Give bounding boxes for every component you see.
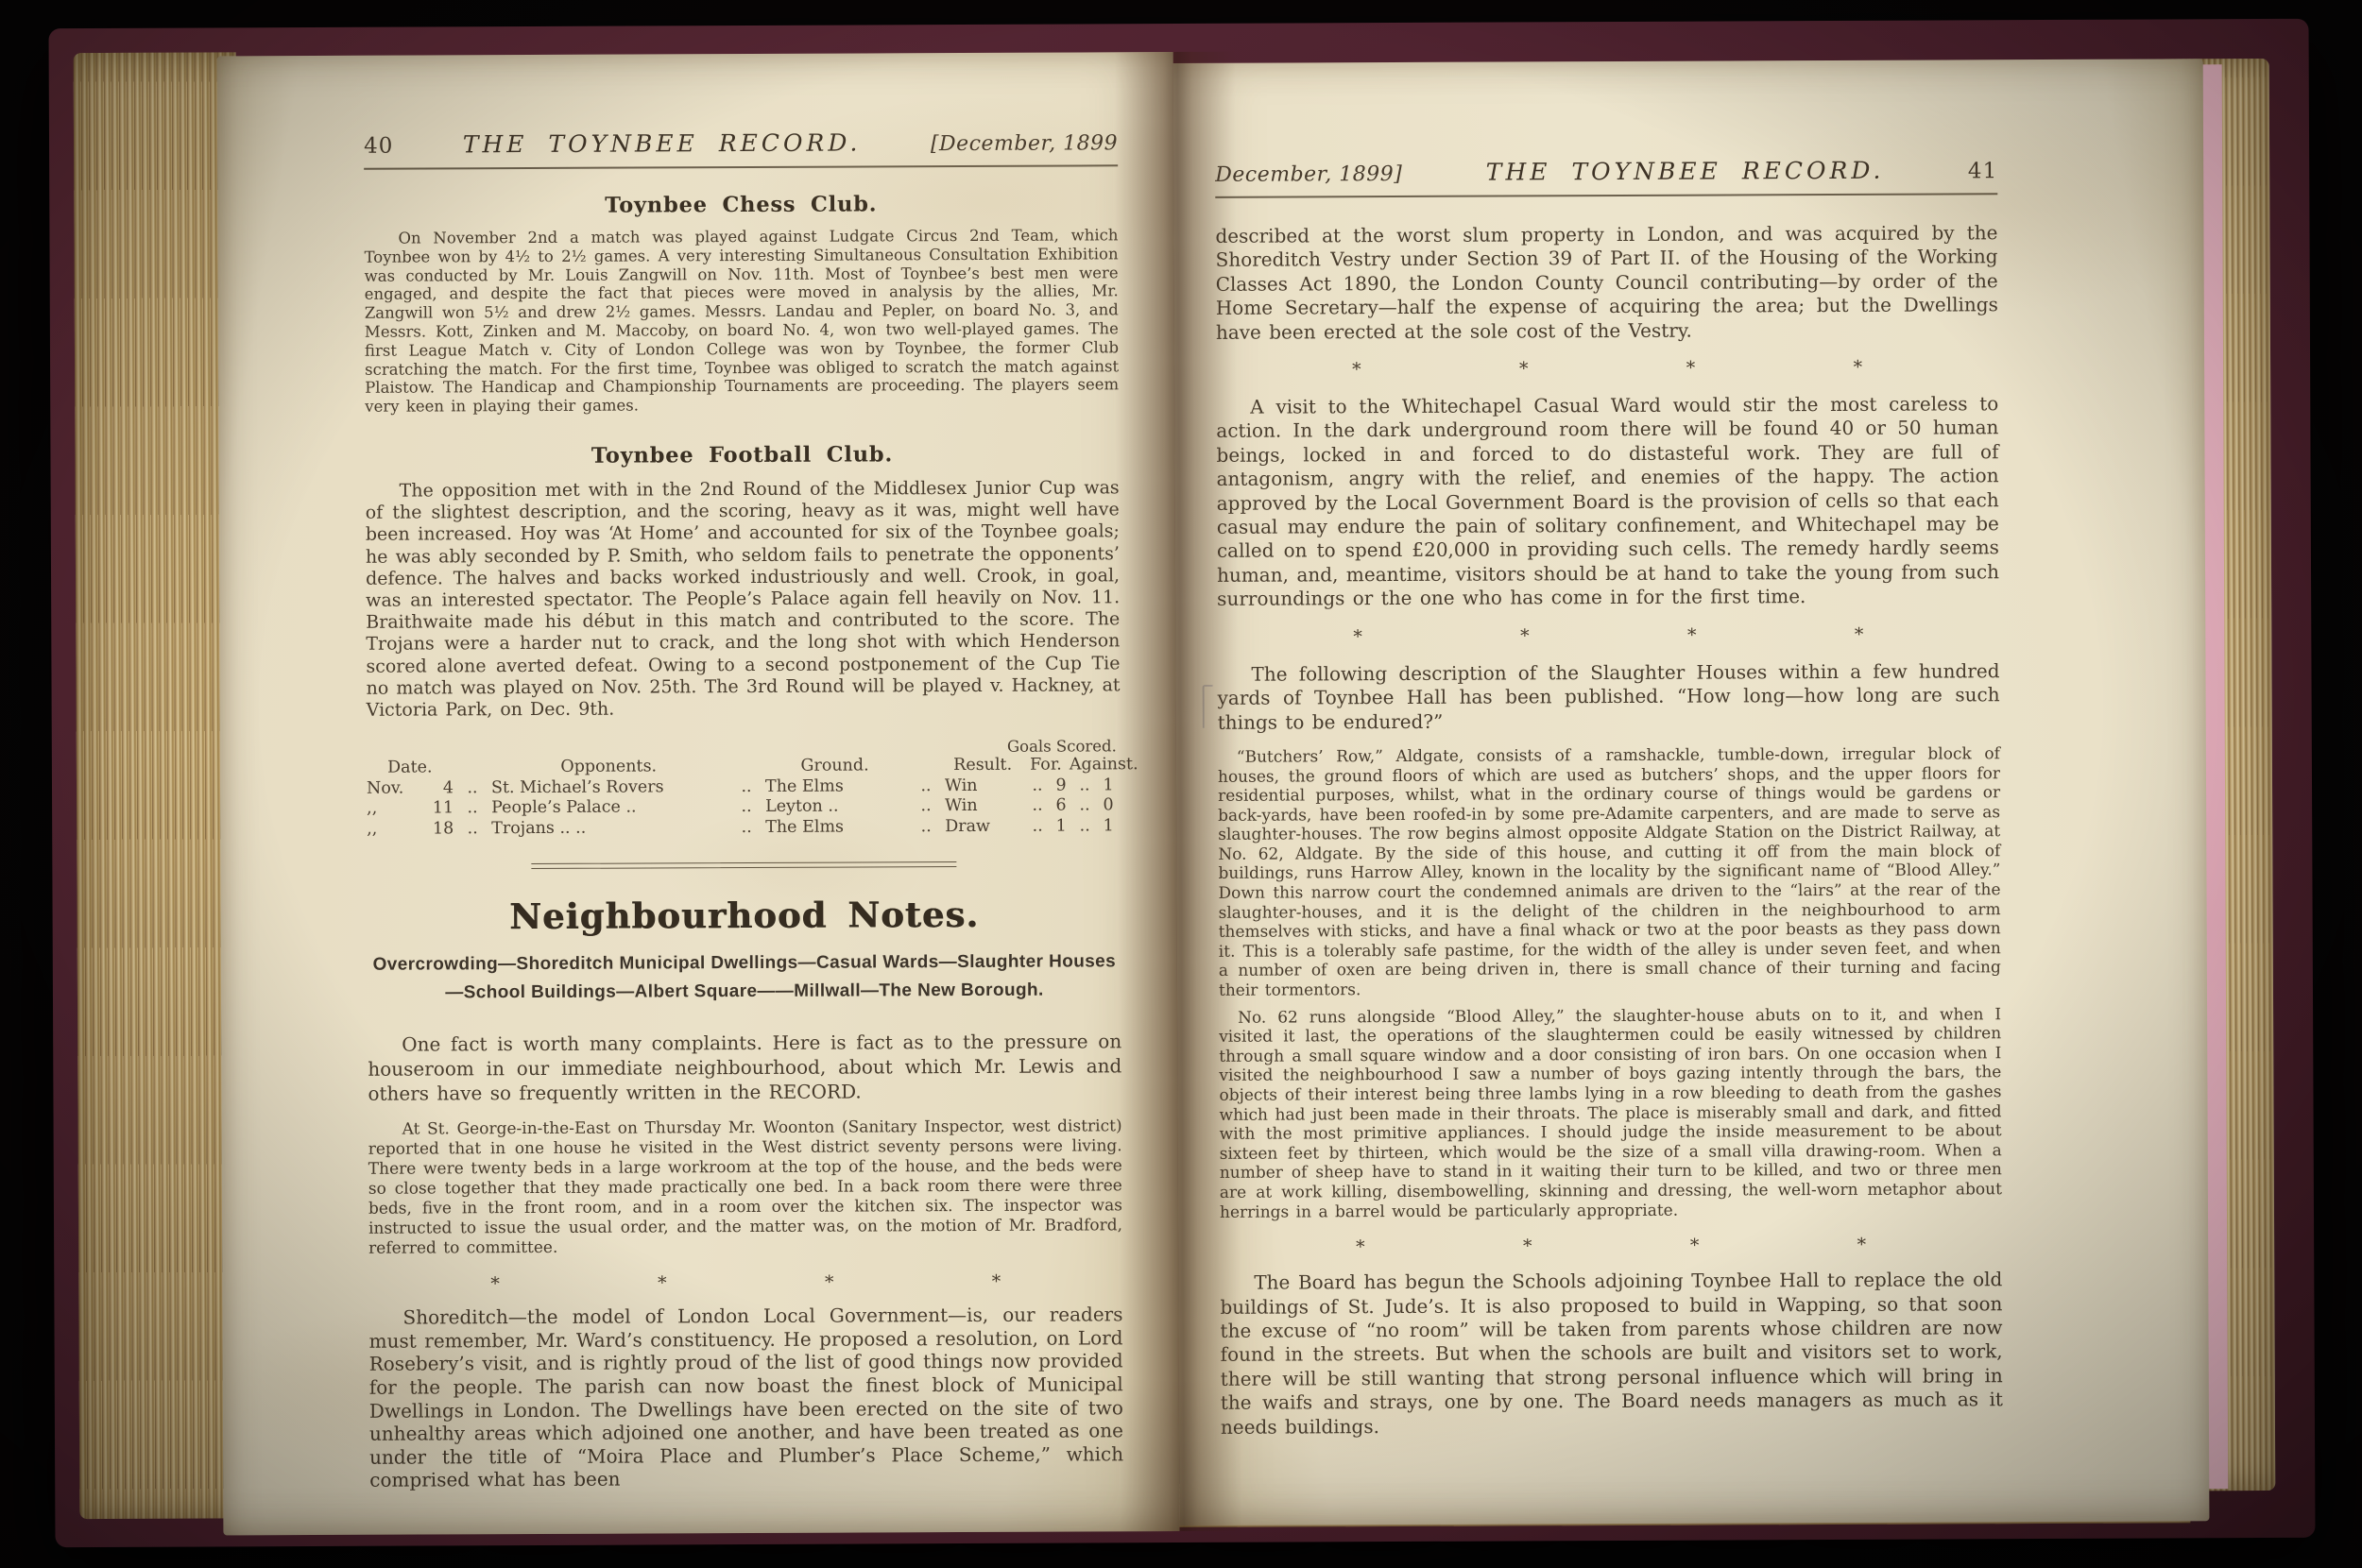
asterisk: * bbox=[1353, 626, 1362, 647]
dot-leader: .. bbox=[907, 796, 945, 817]
butchers-row-paragraph: “Butchers’ Row,” Aldgate, consists of a … bbox=[1218, 744, 2001, 1000]
asterisk-separator: * * * * bbox=[1353, 624, 1863, 647]
journal-title: THE TOYNBEE RECORD. bbox=[1402, 156, 1968, 186]
cell-result: Draw bbox=[945, 816, 1024, 837]
neighbourhood-notes-subtitle: Overcrowding—Shoreditch Municipal Dwelli… bbox=[371, 948, 1118, 1008]
page-number: 40 bbox=[364, 134, 393, 159]
asterisk-separator: * * * * bbox=[490, 1271, 1001, 1294]
cell-ground: The Elms bbox=[765, 776, 907, 797]
dot-leader: .. bbox=[454, 798, 491, 819]
cell-opponent: People’s Palace .. bbox=[491, 797, 727, 819]
journal-title: THE TOYNBEE RECORD. bbox=[393, 128, 931, 158]
page-number: 41 bbox=[1968, 159, 1997, 183]
dot-leader: .. bbox=[454, 778, 491, 799]
dot-leader: .. bbox=[454, 819, 491, 840]
cell-goals-against: 1 bbox=[1098, 816, 1119, 837]
asterisk: * bbox=[1356, 1236, 1365, 1257]
dot-leader: .. bbox=[1024, 816, 1051, 837]
overcrowding-intro-paragraph: One fact is worth many complaints. Here … bbox=[368, 1029, 1121, 1105]
asterisk: * bbox=[1519, 358, 1529, 379]
cell-result: Win bbox=[945, 775, 1024, 796]
right-page-header: December, 1899] THE TOYNBEE RECORD. 41 bbox=[1215, 156, 1997, 187]
football-club-heading: Toynbee Football Club. bbox=[365, 441, 1119, 469]
issue-date: December, 1899] bbox=[1215, 162, 1402, 187]
cell-opponent: St. Michael’s Rovers bbox=[491, 777, 727, 799]
col-result: Result. bbox=[943, 756, 1022, 776]
cell-goals-against: 1 bbox=[1098, 775, 1119, 796]
cell-month: ,, bbox=[367, 799, 421, 820]
asterisk-separator: * * * * bbox=[1352, 357, 1862, 380]
dot-leader: .. bbox=[727, 797, 765, 818]
left-page-header: 40 THE TOYNBEE RECORD. [December, 1899 bbox=[364, 128, 1118, 158]
asterisk: * bbox=[1686, 358, 1696, 379]
football-club-paragraph: The opposition met with in the 2nd Round… bbox=[366, 477, 1121, 722]
asterisk: * bbox=[1520, 625, 1530, 646]
cell-day: 18 bbox=[421, 819, 454, 840]
cell-goals-for: 1 bbox=[1051, 816, 1071, 837]
col-date: Date. bbox=[367, 758, 454, 779]
page-edges-left bbox=[74, 52, 243, 1519]
issue-date: [December, 1899 bbox=[931, 131, 1118, 156]
left-page: 40 THE TOYNBEE RECORD. [December, 1899 T… bbox=[217, 52, 1180, 1535]
cell-goals-against: 0 bbox=[1098, 795, 1119, 816]
asterisk-separator: * * * * bbox=[1356, 1235, 1866, 1257]
col-against: Against. bbox=[1070, 755, 1121, 775]
header-rule bbox=[1215, 193, 1997, 198]
cell-ground: The Elms bbox=[765, 817, 907, 838]
open-book: 40 THE TOYNBEE RECORD. [December, 1899 T… bbox=[49, 19, 2316, 1547]
chess-club-heading: Toynbee Chess Club. bbox=[364, 191, 1118, 218]
col-for: For. bbox=[1022, 756, 1070, 776]
col-opponents: Opponents. bbox=[491, 757, 727, 778]
dot-leader: .. bbox=[727, 818, 765, 839]
dot-leader: .. bbox=[1024, 775, 1051, 796]
asterisk: * bbox=[1855, 624, 1864, 645]
asterisk: * bbox=[1690, 1236, 1700, 1256]
dot-leader: .. bbox=[1024, 796, 1051, 817]
pencil-bracket-mark bbox=[1203, 685, 1213, 728]
slaughter-houses-intro-paragraph: The following description of the Slaught… bbox=[1217, 659, 1999, 735]
cell-month: ,, bbox=[367, 819, 421, 840]
asterisk: * bbox=[1352, 359, 1361, 380]
number-62-paragraph: No. 62 runs alongside “Blood Alley,” the… bbox=[1219, 1005, 2002, 1222]
cell-goals-for: 6 bbox=[1051, 796, 1071, 817]
header-rule bbox=[364, 164, 1118, 169]
shoreditch-paragraph: Shoreditch—the model of London Local Gov… bbox=[368, 1303, 1123, 1491]
dot-leader: .. bbox=[727, 777, 765, 798]
cell-day: 11 bbox=[421, 799, 454, 820]
section-divider bbox=[531, 861, 956, 869]
asterisk: * bbox=[1857, 1235, 1867, 1255]
whitechapel-casual-ward-paragraph: A visit to the Whitechapel Casual Ward w… bbox=[1216, 392, 1999, 611]
col-ground: Ground. bbox=[764, 756, 906, 776]
cell-result: Win bbox=[945, 796, 1024, 817]
dot-leader: .. bbox=[907, 817, 945, 838]
photo-background: 40 THE TOYNBEE RECORD. [December, 1899 T… bbox=[0, 0, 2362, 1568]
asterisk: * bbox=[992, 1271, 1001, 1292]
asterisk: * bbox=[1854, 357, 1863, 378]
cell-opponent: Trojans .. .. bbox=[491, 818, 727, 840]
dot-leader: .. bbox=[907, 776, 945, 797]
football-results-table: Goals Scored. Date. Opponents. Ground. R… bbox=[367, 737, 1121, 839]
chess-club-paragraph: On November 2nd a match was played again… bbox=[364, 226, 1119, 416]
asterisk: * bbox=[825, 1272, 834, 1293]
dot-leader: .. bbox=[1071, 816, 1098, 837]
cell-month: Nov. bbox=[367, 778, 421, 799]
right-page: December, 1899] THE TOYNBEE RECORD. 41 d… bbox=[1173, 59, 2210, 1525]
cell-ground: Leyton .. bbox=[765, 796, 907, 817]
asterisk: * bbox=[658, 1273, 667, 1294]
dot-leader: .. bbox=[1071, 796, 1098, 817]
asterisk: * bbox=[1687, 624, 1697, 645]
board-schools-paragraph: The Board has begun the Schools adjoinin… bbox=[1220, 1268, 2003, 1439]
dot-leader: .. bbox=[1071, 775, 1098, 796]
asterisk: * bbox=[490, 1273, 500, 1294]
shoreditch-continuation-paragraph: described at the worst slum property in … bbox=[1215, 221, 1998, 345]
cell-day: 4 bbox=[421, 778, 454, 799]
neighbourhood-notes-heading: Neighbourhood Notes. bbox=[368, 893, 1121, 937]
st-george-report-paragraph: At St. George-in-the-East on Thursday Mr… bbox=[368, 1116, 1123, 1258]
asterisk: * bbox=[1523, 1236, 1532, 1257]
table-row: ,, 18 .. Trojans .. .. .. The Elms .. Dr… bbox=[367, 816, 1121, 840]
cell-goals-for: 9 bbox=[1051, 775, 1071, 796]
